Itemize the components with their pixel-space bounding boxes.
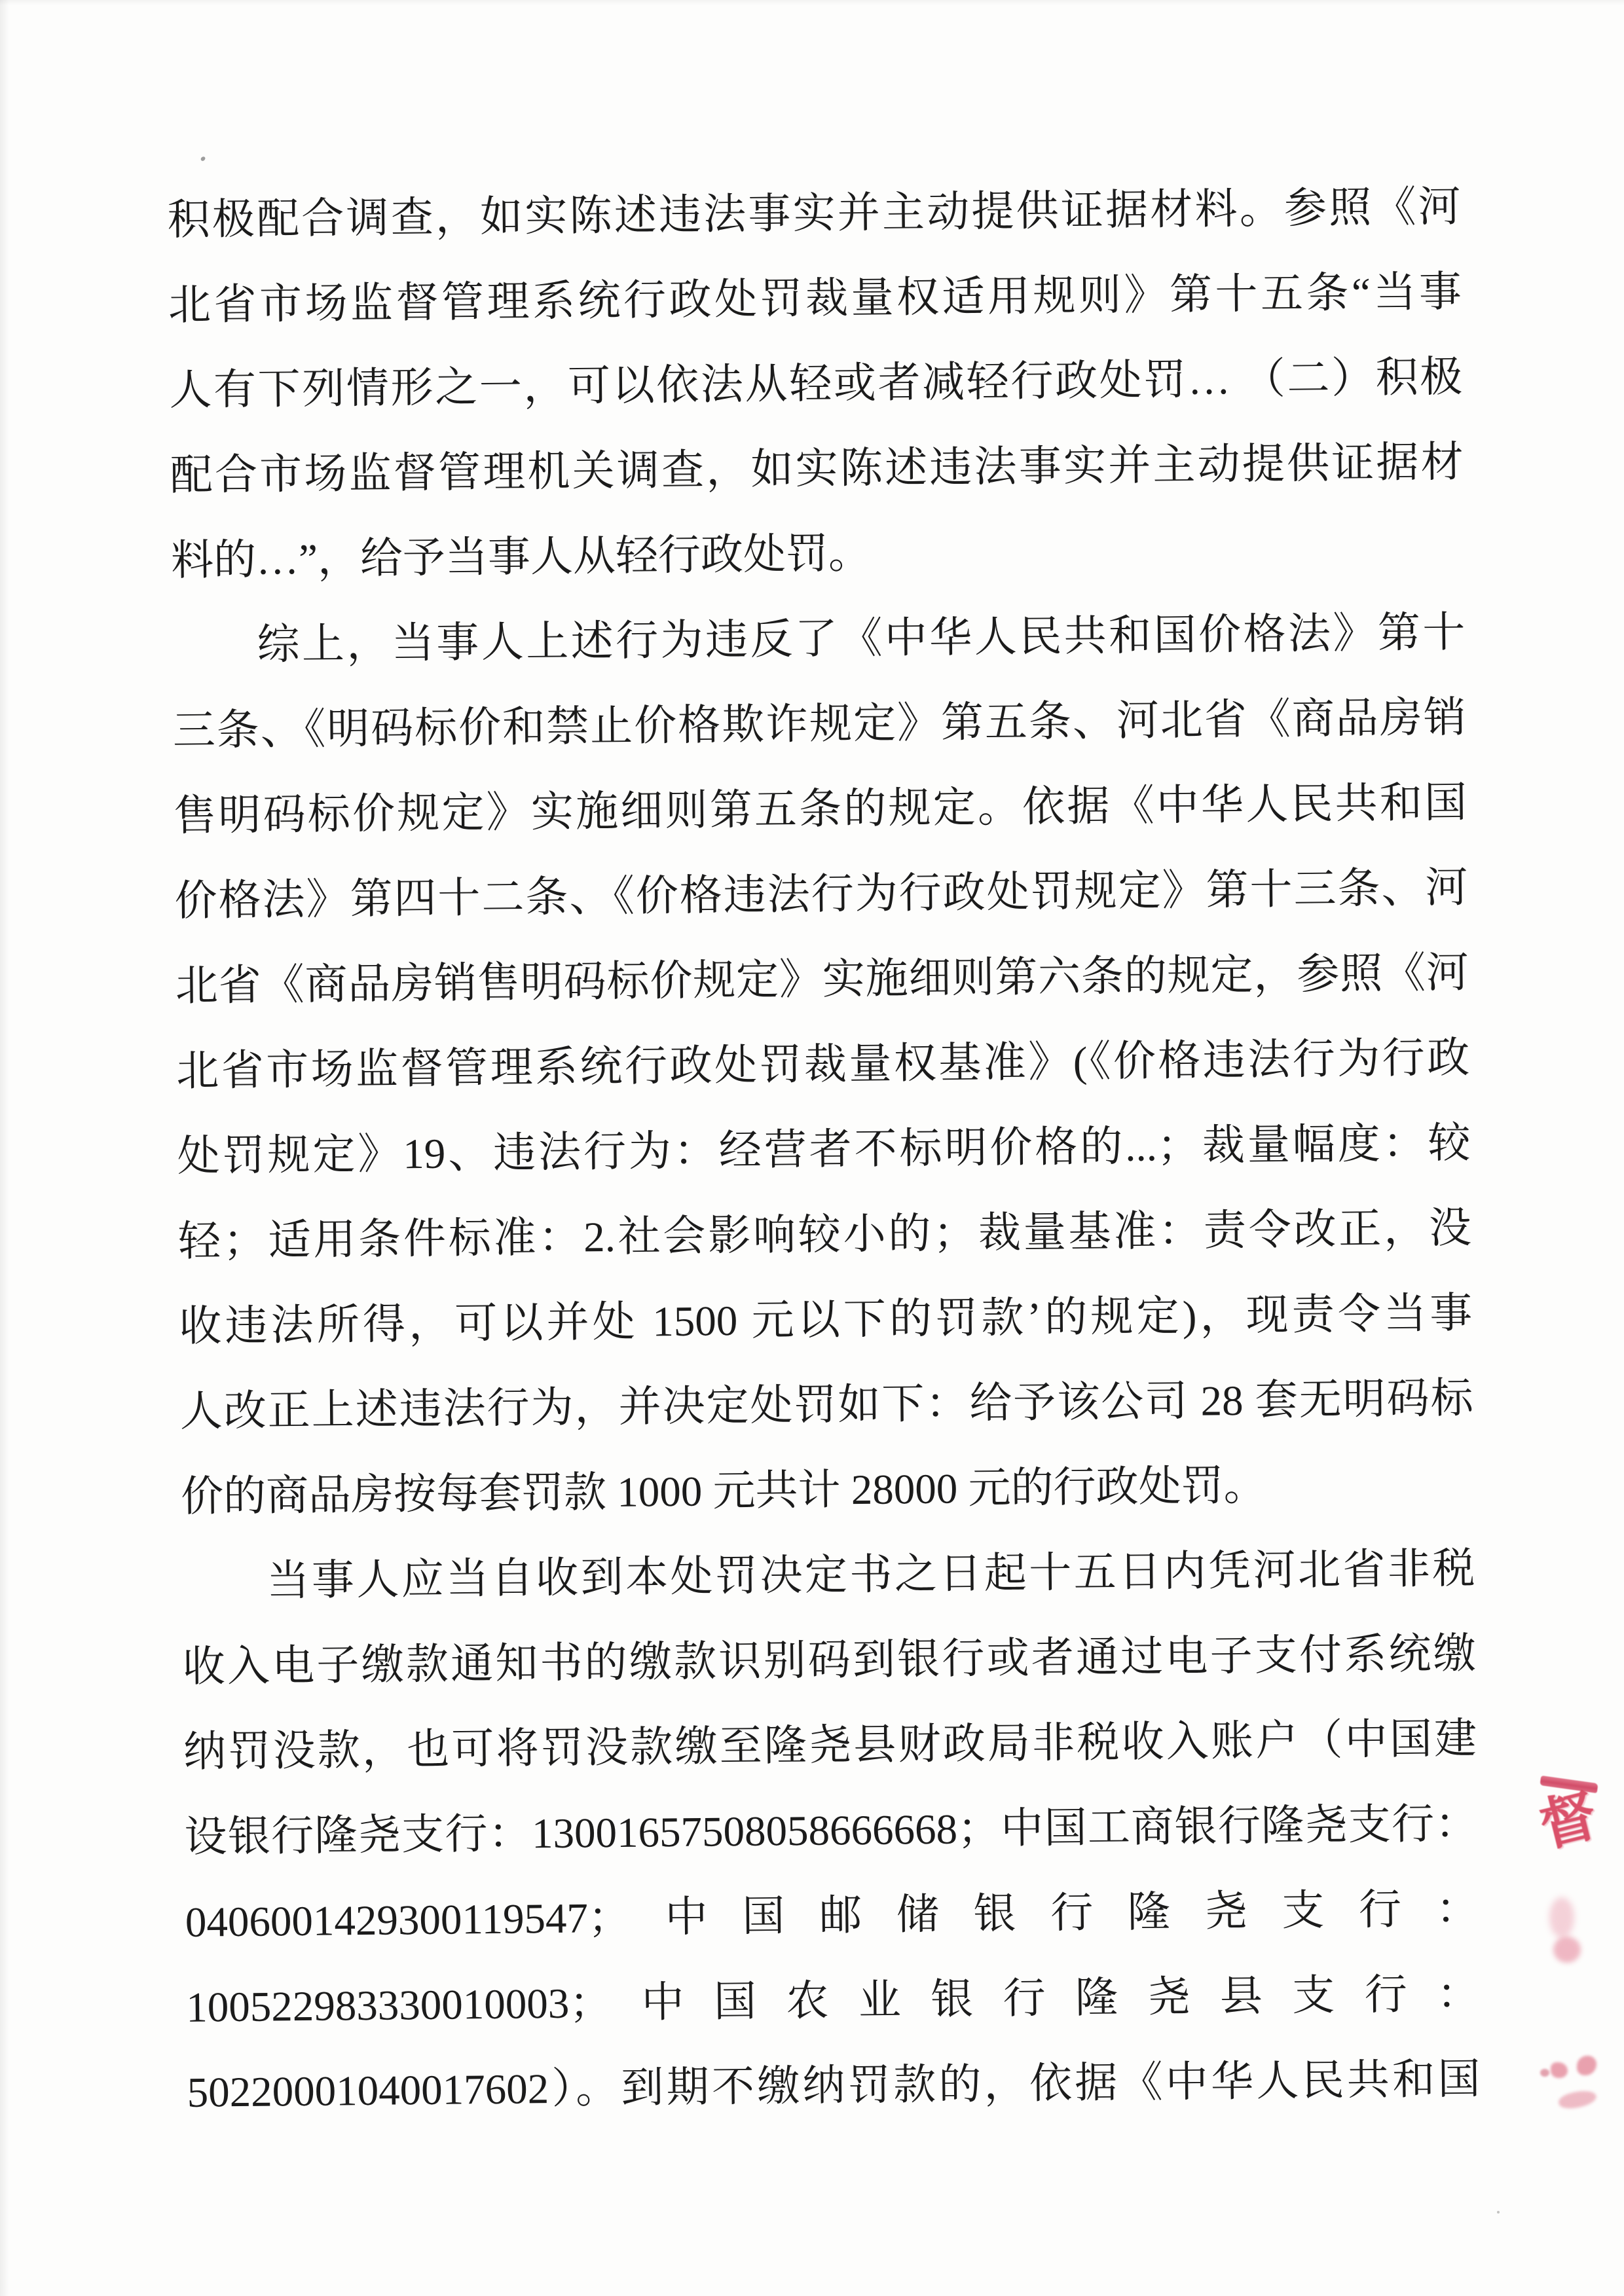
document-line: 收违法所得，可以并处 1500 元以下的罚款’的规定)，现责令当事 (179, 1271, 1473, 1370)
document-line: 处罚规定》19、违法行为：经营者不标明价格的...；裁量幅度：较 (177, 1101, 1471, 1199)
document-line: 设银行隆尧支行：13001657508058666668；中国工商银行隆尧支行： (184, 1781, 1478, 1880)
document-line: 当事人应当自收到本处罚决定书之日起十五日内凭河北省非税 (181, 1526, 1475, 1625)
document-line: 料的…”，给予当事人从轻行政处罚。 (170, 505, 1464, 604)
document-line: 北省市场监督管理系统行政处罚裁量权适用规则》第十五条“当事 (168, 249, 1462, 348)
document-line: 售明码标价规定》实施细则第五条的规定。依据《中华人民共和国 (174, 760, 1467, 859)
seal-ink-smudge (1557, 2088, 1598, 2111)
document-line: 轻；适用条件标准：2.社会影响较小的；裁量基准：责令改正，没 (177, 1186, 1471, 1285)
scan-speck (200, 156, 206, 162)
document-line: 配合市场监督管理机关调查，如实陈述违法事实并主动提供证据材 (170, 420, 1464, 519)
document-line: 100522983330010003；中国农业银行隆尧县支行： (186, 1952, 1480, 2050)
document-line: 0406001429300119547；中国邮储银行隆尧支行： (185, 1867, 1479, 1965)
document-line: 三条、《明码标价和禁止价格欺诈规定》第五条、河北省《商品房销 (172, 675, 1466, 774)
document-text-block: 积极配合调查，如实陈述违法事实并主动提供证据材料。参照《河 北省市场监督管理系统… (167, 164, 1481, 2136)
document-line: 纳罚没款，也可将罚没款缴至隆尧县财政局非税收入账户（中国建 (183, 1696, 1477, 1795)
document-line: 综上，当事人上述行为违反了《中华人民共和国价格法》第十 (172, 590, 1466, 689)
document-line: 北省《商品房销售明码标价规定》实施细则第六条的规定，参照《河 (175, 930, 1469, 1029)
document-line: 人有下列情形之一，可以依法从轻或者减轻行政处罚… （二）积极 (169, 335, 1463, 433)
document-line: 50220001040017602）。到期不缴纳罚款的，依据《中华人民共和国 (187, 2037, 1481, 2136)
document-line: 积极配合调查，如实陈述违法事实并主动提供证据材料。参照《河 (167, 164, 1461, 263)
document-line: 收入电子缴款通知书的缴款识别码到银行或者通过电子支付系统缴 (182, 1611, 1476, 1710)
document-line: 北省市场监督管理系统行政处罚裁量权基准》(《价格违法行为行政 (176, 1015, 1470, 1114)
seal-ink-smudge (1540, 2069, 1549, 2077)
seal-ink-smudge (1577, 2056, 1596, 2075)
seal-ink-smudge (1549, 1897, 1574, 1938)
document-line: 人改正上述违法行为，并决定处罚如下：给予该公司 28 套无明码标 (179, 1356, 1473, 1455)
document-line: 价的商品房按每套罚款 1000 元共计 28000 元的行政处罚。 (180, 1441, 1474, 1540)
seal-ink-smudge (1551, 2062, 1568, 2078)
scan-speck (1497, 2211, 1500, 2214)
seal-character-fragment: 督 (1534, 1787, 1602, 1855)
scanned-document-page: 积极配合调查，如实陈述违法事实并主动提供证据材料。参照《河 北省市场监督管理系统… (0, 0, 1624, 2296)
document-line: 价格法》第四十二条、《价格违法行为行政处罚规定》第十三条、河 (174, 845, 1468, 944)
seal-ink-smudge (1553, 1937, 1581, 1963)
